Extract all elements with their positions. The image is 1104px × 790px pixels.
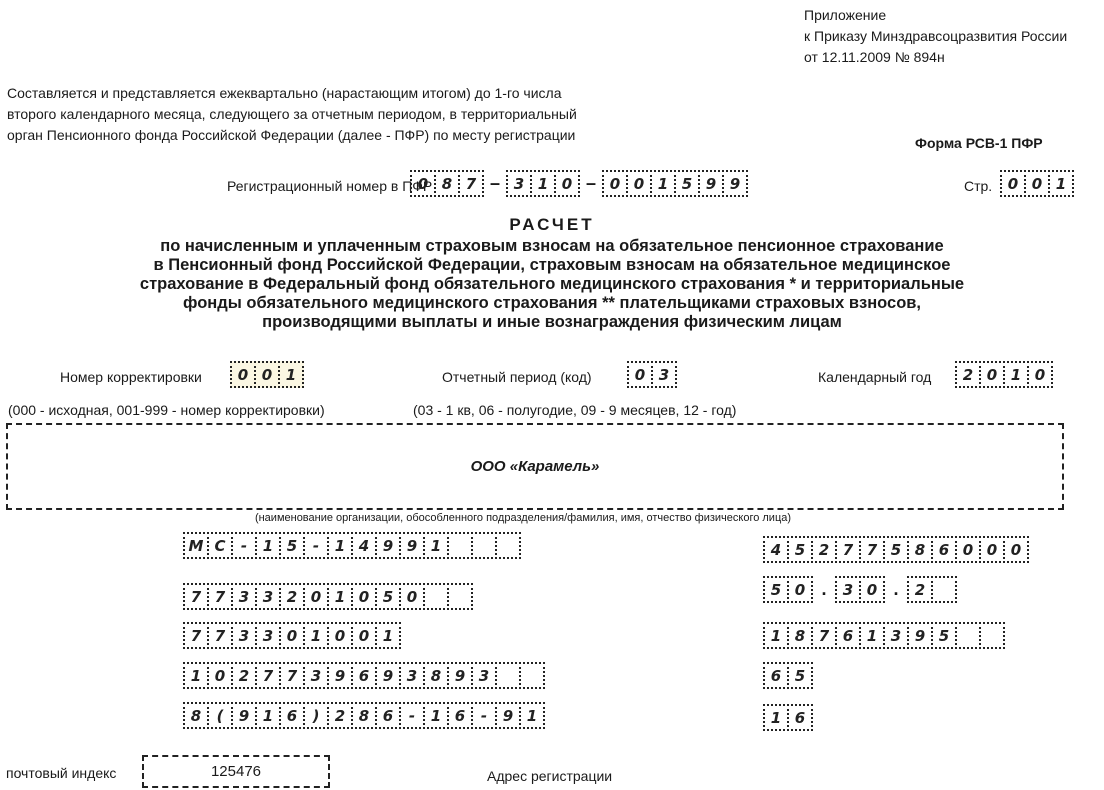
left-field-cell[interactable]: 1: [183, 662, 209, 689]
registration-cell[interactable]: 5: [674, 170, 700, 197]
left-field-cell[interactable]: 1: [255, 702, 281, 729]
right-field-cell[interactable]: 5: [883, 536, 909, 563]
right-field-cell[interactable]: 5: [787, 662, 813, 689]
registration-cell[interactable]: 9: [698, 170, 724, 197]
left-field-cell[interactable]: 7: [207, 583, 233, 610]
year-cell[interactable]: 1: [1003, 361, 1029, 388]
left-field-cell[interactable]: 9: [231, 702, 257, 729]
left-field-cell[interactable]: 0: [303, 583, 329, 610]
right-field-cell[interactable]: 0: [787, 576, 813, 603]
postal-index-value: 125476: [211, 763, 261, 780]
appendix-line: Приложение: [804, 5, 1067, 26]
right-field-cell[interactable]: 6: [763, 662, 789, 689]
subtitle-line: по начисленным и уплаченным страховым вз…: [0, 237, 1104, 256]
period-cell[interactable]: 0: [627, 361, 653, 388]
instruction-line: Составляется и представляется ежеквартал…: [7, 83, 577, 104]
page-number-field[interactable]: 001: [1000, 170, 1074, 197]
left-field-cell[interactable]: 0: [351, 622, 377, 649]
registration-cell[interactable]: 3: [506, 170, 532, 197]
appendix-line: к Приказу Минздравсоцразвития России: [804, 26, 1067, 47]
registration-cell[interactable]: 0: [554, 170, 580, 197]
left-field-cell[interactable]: 9: [399, 532, 425, 559]
form-name: Форма РСВ-1 ПФР: [915, 135, 1043, 151]
right-field-cell[interactable]: 7: [835, 536, 861, 563]
left-field-cell[interactable]: 7: [255, 662, 281, 689]
left-field-cell[interactable]: 9: [327, 662, 353, 689]
correction-label: Номер корректировки: [60, 368, 202, 386]
left-field-cell[interactable]: 0: [279, 622, 305, 649]
left-field-cell[interactable]: 5: [279, 532, 305, 559]
left-field-cell[interactable]: -: [303, 532, 329, 559]
left-field-cell[interactable]: 6: [279, 702, 305, 729]
left-field-cell[interactable]: 0: [207, 662, 233, 689]
left-field-cell[interactable]: -: [471, 702, 497, 729]
left-field-cell[interactable]: 9: [495, 702, 521, 729]
registration-label: Регистрационный номер в ПФР: [227, 177, 432, 195]
separator: .: [813, 579, 835, 600]
year-cell[interactable]: 2: [955, 361, 981, 388]
right-field-cell[interactable]: 1: [763, 704, 789, 731]
right-field-cell[interactable]: 3: [883, 622, 909, 649]
left-field-cell[interactable]: 1: [423, 702, 449, 729]
registration-cell[interactable]: 9: [722, 170, 748, 197]
left-field-cell[interactable]: 0: [327, 622, 353, 649]
left-field-cell[interactable]: 1: [303, 622, 329, 649]
right-field-input[interactable]: 45277586000: [763, 536, 1029, 563]
left-field-cell[interactable]: 6: [375, 702, 401, 729]
left-field-cell[interactable]: 3: [471, 662, 497, 689]
left-field-cell[interactable]: 1: [255, 532, 281, 559]
address-label: Адрес регистрации: [487, 767, 612, 785]
right-field-cell[interactable]: 4: [763, 536, 789, 563]
registration-cell[interactable]: 0: [410, 170, 436, 197]
document-title: РАСЧЕТ: [0, 215, 1104, 235]
page-cell[interactable]: 0: [1000, 170, 1026, 197]
correction-cell[interactable]: 0: [230, 361, 256, 388]
right-field-cell[interactable]: 2: [811, 536, 837, 563]
right-field-cell[interactable]: 0: [859, 576, 885, 603]
postal-index-field[interactable]: 125476: [142, 755, 330, 788]
left-field-cell[interactable]: С: [207, 532, 233, 559]
left-field-cell[interactable]: -: [399, 702, 425, 729]
year-label: Календарный год: [818, 368, 931, 386]
left-field-cell[interactable]: 7: [183, 583, 209, 610]
correction-cell[interactable]: 1: [278, 361, 304, 388]
appendix-note: Приложение к Приказу Минздравсоцразвития…: [804, 5, 1067, 68]
left-field-cell[interactable]: 2: [327, 702, 353, 729]
left-field-cell[interactable]: (: [207, 702, 233, 729]
right-field-cell[interactable]: 6: [787, 704, 813, 731]
left-field-cell[interactable]: 3: [255, 622, 281, 649]
left-field-cell[interactable]: 0: [399, 583, 425, 610]
subtitle-line: страхование в Федеральный фонд обязатель…: [0, 275, 1104, 294]
period-label: Отчетный период (код): [442, 368, 592, 386]
left-field-cell[interactable]: 4: [351, 532, 377, 559]
left-field-cell[interactable]: [423, 583, 449, 610]
left-field-cell[interactable]: ): [303, 702, 329, 729]
left-field-cell[interactable]: 1: [423, 532, 449, 559]
left-field-cell[interactable]: [495, 532, 521, 559]
organization-hint: (наименование организации, обособленного…: [0, 512, 1104, 524]
postal-index-label: почтовый индекс: [6, 764, 116, 782]
right-field-input[interactable]: 50.30.2: [763, 576, 957, 603]
calendar-year-field[interactable]: 2010: [955, 361, 1053, 388]
right-field-cell[interactable]: 6: [835, 622, 861, 649]
left-field-cell[interactable]: [447, 532, 473, 559]
left-field-cell[interactable]: [447, 583, 473, 610]
page-cell[interactable]: 0: [1024, 170, 1050, 197]
right-field-cell[interactable]: [955, 622, 981, 649]
period-code-field[interactable]: 03: [627, 361, 677, 388]
right-field-cell[interactable]: 5: [787, 536, 813, 563]
left-field-cell[interactable]: 3: [231, 622, 257, 649]
document-subtitle: по начисленным и уплаченным страховым вз…: [0, 237, 1104, 332]
right-field-cell[interactable]: 3: [835, 576, 861, 603]
year-cell[interactable]: 0: [1027, 361, 1053, 388]
right-field-input[interactable]: 18761395: [763, 622, 1005, 649]
right-field-input[interactable]: 65: [763, 662, 813, 689]
organization-name: ООО «Карамель»: [471, 458, 600, 475]
instructions: Составляется и представляется ежеквартал…: [7, 83, 577, 146]
left-field-cell[interactable]: [471, 532, 497, 559]
right-field-cell[interactable]: 6: [931, 536, 957, 563]
period-cell[interactable]: 3: [651, 361, 677, 388]
left-field-cell[interactable]: 3: [399, 662, 425, 689]
left-field-cell[interactable]: 1: [375, 622, 401, 649]
left-field-cell[interactable]: 7: [183, 622, 209, 649]
organization-hint-text: (наименование организации, обособленного…: [255, 512, 791, 524]
left-field-cell[interactable]: [519, 662, 545, 689]
separator: –: [580, 173, 602, 194]
left-field-cell[interactable]: 5: [375, 583, 401, 610]
left-field-cell[interactable]: 3: [255, 583, 281, 610]
organization-name-field[interactable]: ООО «Карамель»: [6, 423, 1064, 510]
right-field-cell[interactable]: 7: [859, 536, 885, 563]
left-field-input[interactable]: МС-15-14991: [183, 532, 521, 559]
right-field-cell[interactable]: 8: [787, 622, 813, 649]
left-field-cell[interactable]: 6: [351, 662, 377, 689]
left-field-cell[interactable]: М: [183, 532, 209, 559]
left-field-cell[interactable]: 2: [231, 662, 257, 689]
left-field-cell[interactable]: 0: [351, 583, 377, 610]
right-field-cell[interactable]: [931, 576, 957, 603]
registration-cell[interactable]: 1: [650, 170, 676, 197]
subtitle-line: фонды обязательного медицинского страхов…: [0, 294, 1104, 313]
left-field-cell[interactable]: 2: [279, 583, 305, 610]
appendix-line: от 12.11.2009 № 894н: [804, 47, 1067, 68]
registration-cell[interactable]: 0: [626, 170, 652, 197]
left-field-cell[interactable]: 8: [351, 702, 377, 729]
year-cell[interactable]: 0: [979, 361, 1005, 388]
right-field-cell[interactable]: 0: [979, 536, 1005, 563]
right-field-cell[interactable]: 9: [907, 622, 933, 649]
left-field-cell[interactable]: [495, 662, 521, 689]
right-field-cell[interactable]: [979, 622, 1005, 649]
page-label: Стр.: [964, 177, 992, 195]
separator: .: [885, 579, 907, 600]
left-field-cell[interactable]: 7: [207, 622, 233, 649]
registration-cell[interactable]: 1: [530, 170, 556, 197]
left-field-cell[interactable]: 8: [183, 702, 209, 729]
correction-number-field[interactable]: 001: [230, 361, 304, 388]
left-field-cell[interactable]: 1: [327, 583, 353, 610]
left-field-cell[interactable]: 9: [375, 532, 401, 559]
left-field-input[interactable]: 773301001: [183, 622, 401, 649]
subtitle-line: производящими выплаты и иные вознагражде…: [0, 313, 1104, 332]
right-field-cell[interactable]: 7: [811, 622, 837, 649]
left-field-input[interactable]: 8(916)286-16-91: [183, 702, 545, 729]
subtitle-line: в Пенсионный фонд Российской Федерации, …: [0, 256, 1104, 275]
left-field-input[interactable]: 1027739693893: [183, 662, 545, 689]
correction-cell[interactable]: 0: [254, 361, 280, 388]
left-field-cell[interactable]: 3: [231, 583, 257, 610]
page-cell[interactable]: 1: [1048, 170, 1074, 197]
right-field-cell[interactable]: 8: [907, 536, 933, 563]
right-field-cell[interactable]: 1: [763, 622, 789, 649]
left-field-cell[interactable]: 1: [519, 702, 545, 729]
left-field-cell[interactable]: 8: [423, 662, 449, 689]
left-field-input[interactable]: 7733201050: [183, 583, 473, 610]
left-field-cell[interactable]: 3: [303, 662, 329, 689]
instruction-line: орган Пенсионного фонда Российской Федер…: [7, 125, 577, 146]
right-field-cell[interactable]: 0: [1003, 536, 1029, 563]
left-field-cell[interactable]: 9: [447, 662, 473, 689]
left-field-cell[interactable]: -: [231, 532, 257, 559]
instruction-line: второго календарного месяца, следующего …: [7, 104, 577, 125]
right-field-cell[interactable]: 0: [955, 536, 981, 563]
left-field-cell[interactable]: 9: [375, 662, 401, 689]
left-field-cell[interactable]: 6: [447, 702, 473, 729]
left-field-cell[interactable]: 1: [327, 532, 353, 559]
registration-cell[interactable]: 8: [434, 170, 460, 197]
right-field-input[interactable]: 16: [763, 704, 813, 731]
right-field-cell[interactable]: 5: [763, 576, 789, 603]
right-field-cell[interactable]: 1: [859, 622, 885, 649]
registration-cell[interactable]: 7: [458, 170, 484, 197]
registration-cell[interactable]: 0: [602, 170, 628, 197]
registration-number-field[interactable]: 087–310–001599: [410, 170, 748, 197]
separator: –: [484, 173, 506, 194]
right-field-cell[interactable]: 2: [907, 576, 933, 603]
right-field-cell[interactable]: 5: [931, 622, 957, 649]
correction-hint: (000 - исходная, 001-999 - номер коррект…: [8, 401, 325, 419]
period-hint: (03 - 1 кв, 06 - полугодие, 09 - 9 месяц…: [413, 401, 736, 419]
left-field-cell[interactable]: 7: [279, 662, 305, 689]
